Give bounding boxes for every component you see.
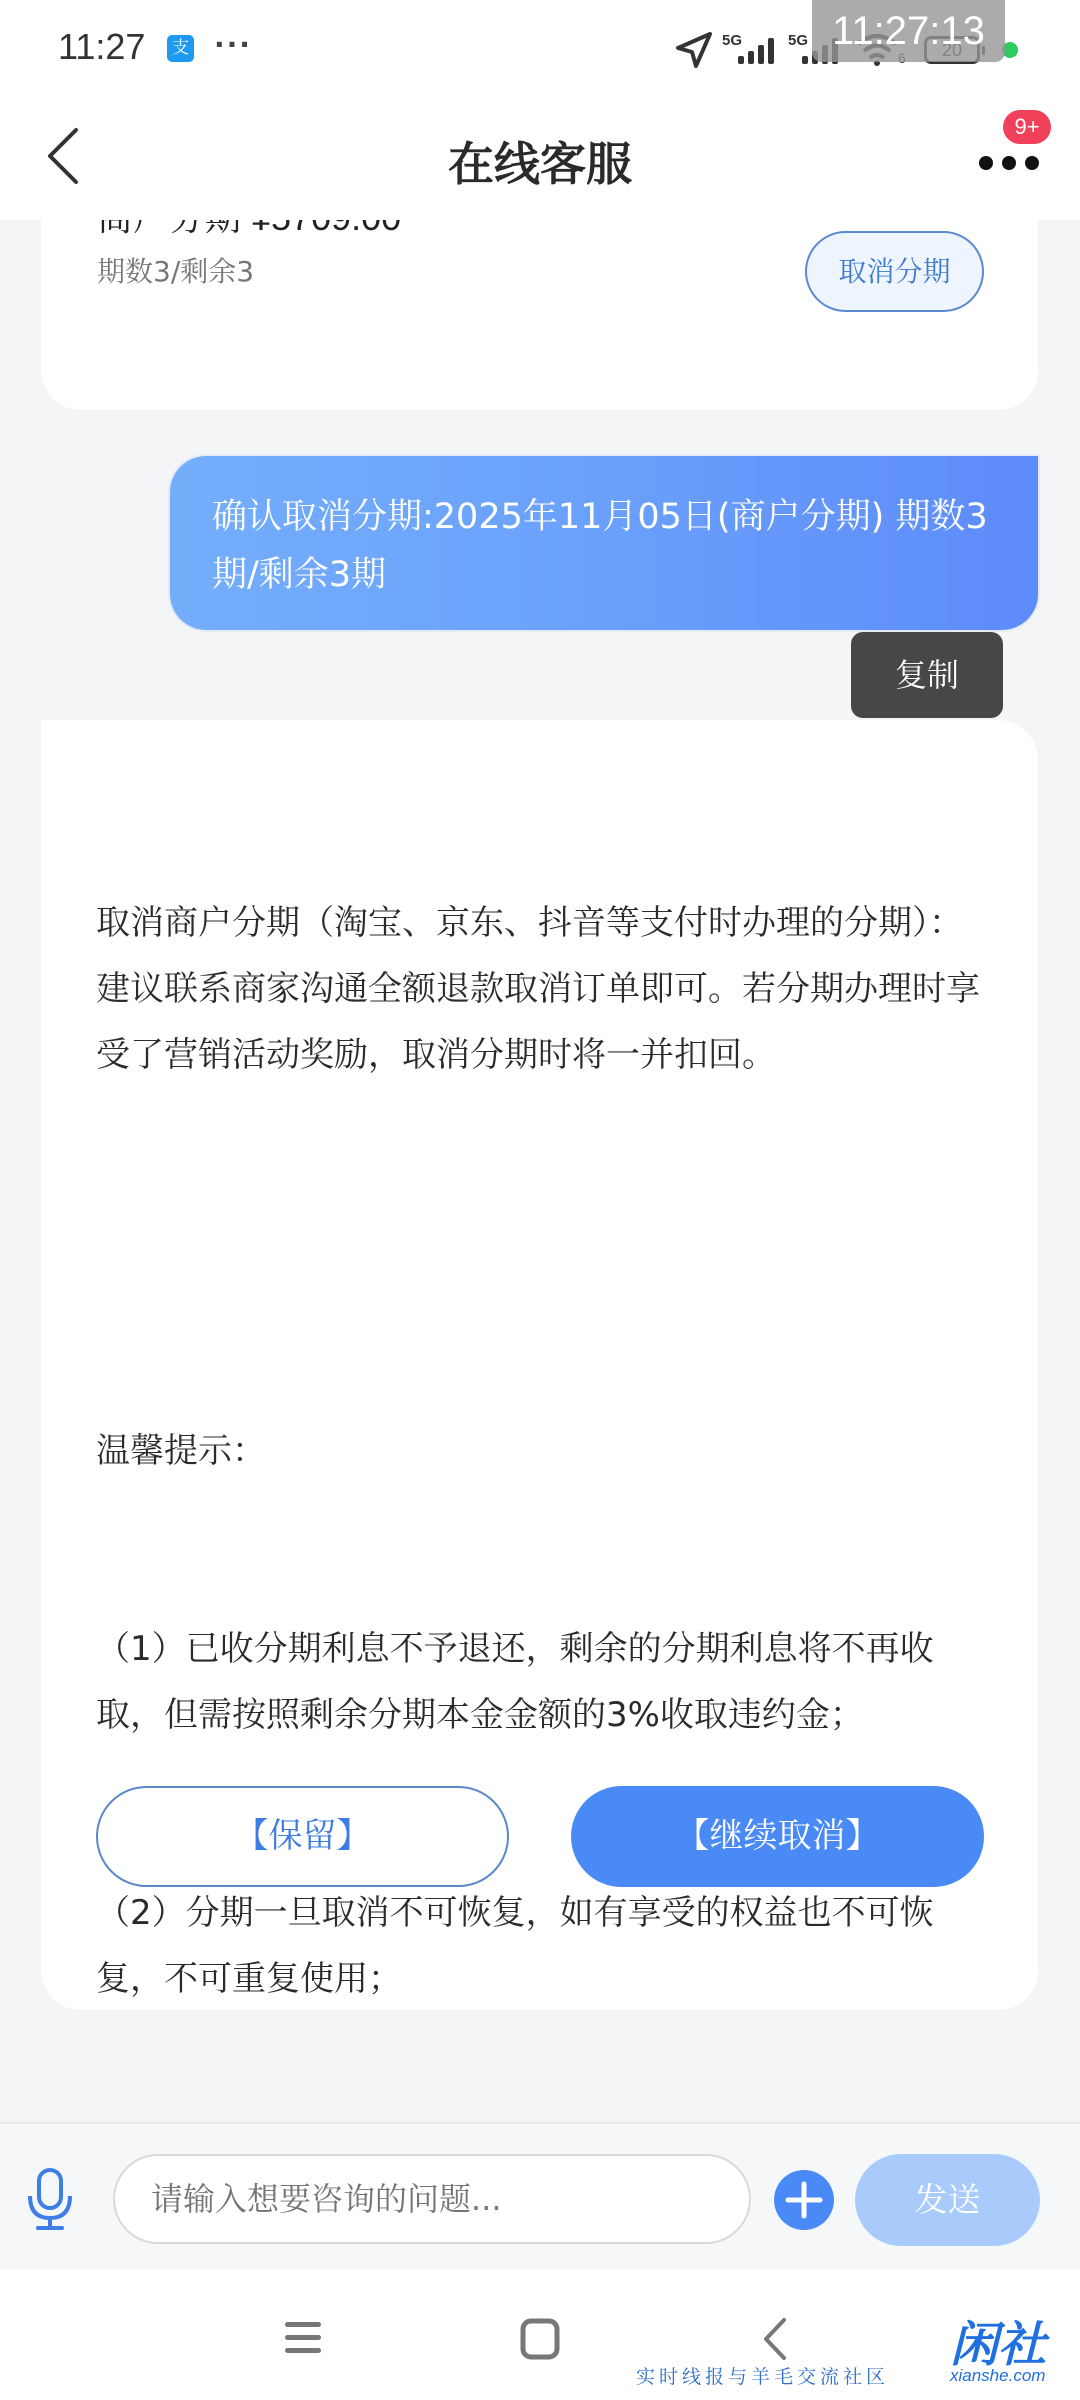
order-date: 2025.11.05	[844, 220, 982, 222]
answer-text: 取消商户分期（淘宝、京东、抖音等支付时办理的分期）：建议联系商家沟通全额退款取消…	[96, 758, 996, 2120]
user-message-bubble[interactable]: 确认取消分期:2025年11月05日(商户分期) 期数3期/剩余3期	[170, 456, 1038, 630]
more-dots-icon	[1002, 156, 1016, 170]
notification-badge: 9+	[1003, 110, 1051, 144]
plus-icon	[774, 2170, 834, 2230]
message-input[interactable]	[113, 2154, 751, 2244]
send-button[interactable]: 发送	[855, 2154, 1040, 2246]
more-options-button[interactable]	[975, 148, 1055, 178]
tips-title: 温馨提示：	[96, 1418, 996, 1484]
recent-apps-button[interactable]	[283, 2318, 323, 2358]
copy-button[interactable]: 复制	[851, 632, 1003, 718]
continue-cancel-button[interactable]: 【继续取消】	[571, 1786, 984, 1887]
more-dots-icon	[1025, 156, 1039, 170]
more-dots-icon	[979, 156, 993, 170]
microphone-icon[interactable]	[24, 2166, 76, 2232]
answer-paragraph: 取消商户分期（淘宝、京东、抖音等支付时办理的分期）：建议联系商家沟通全额退款取消…	[96, 890, 996, 1088]
status-time: 11:27	[58, 26, 145, 68]
order-installments: 期数3/剩余3	[97, 250, 254, 290]
watermark-logo: 闲社	[950, 2306, 1046, 2375]
notification-more-icon: ···	[214, 28, 252, 61]
clock-overlay: 11:27:13	[812, 0, 1005, 62]
order-title: 商户分期 ¥5709.00	[97, 220, 401, 241]
system-back-button[interactable]	[760, 2316, 790, 2362]
tip-item: （2）分期一旦取消不可恢复，如有享受的权益也不可恢复，不可重复使用；	[96, 1880, 996, 2012]
order-card: 商户分期 ¥5709.00 2025.11.05 期数3/剩余3 取消分期	[41, 220, 1038, 410]
watermark-domain: xianshe.com	[950, 2366, 1045, 2386]
signal-icon-1	[738, 38, 782, 64]
page-title: 在线客服	[0, 128, 1080, 194]
alipay-icon: 支	[167, 35, 194, 62]
location-arrow-icon	[674, 30, 714, 70]
header: 在线客服 9+	[0, 98, 1080, 220]
tip-item: （1）已收分期利息不予退还，剩余的分期利息将不再收取，但需按照剩余分期本金金额的…	[96, 1616, 996, 1748]
status-bar: 11:27 支 ··· 5G 5G 6 20 11:27:13	[0, 0, 1080, 98]
home-button[interactable]	[520, 2318, 560, 2360]
cancel-installment-button[interactable]: 取消分期	[805, 231, 984, 312]
watermark-slogan: 实时线报与羊毛交流社区	[636, 2362, 889, 2389]
bot-answer-card: 取消商户分期（淘宝、京东、抖音等支付时办理的分期）：建议联系商家沟通全额退款取消…	[41, 720, 1038, 2010]
add-attachment-button[interactable]	[774, 2170, 834, 2230]
input-bar: 发送	[0, 2122, 1080, 2270]
chat-area[interactable]: 商户分期 ¥5709.00 2025.11.05 期数3/剩余3 取消分期 确认…	[0, 220, 1080, 2120]
keep-button[interactable]: 【保留】	[96, 1786, 509, 1887]
system-nav-bar: 实时线报与羊毛交流社区 闲社 xianshe.com	[0, 2270, 1080, 2400]
